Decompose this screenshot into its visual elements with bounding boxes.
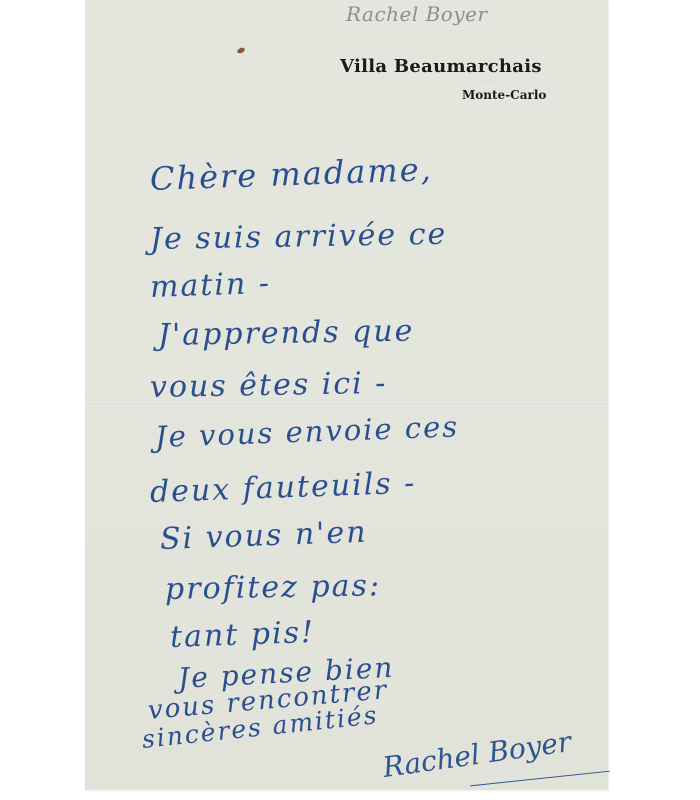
foxing-stain [236,47,245,55]
letterhead-name: Villa Beaumarchais [340,56,542,77]
letter-line: profitez pas: [165,568,382,607]
letterhead-city: Monte-Carlo [462,88,546,102]
letter-line: Si vous n'en [159,515,368,557]
letter-line: J'apprends que [158,314,415,353]
letter-line: matin - [149,266,271,305]
letter-line: vous êtes ici - [150,366,388,405]
letter-line: tant pis! [169,615,315,655]
letter-line: Je suis arrivée ce [150,217,448,257]
pencil-annotation: Rachel Boyer [346,2,488,26]
faint-stamp-mark: ···· [484,78,492,84]
